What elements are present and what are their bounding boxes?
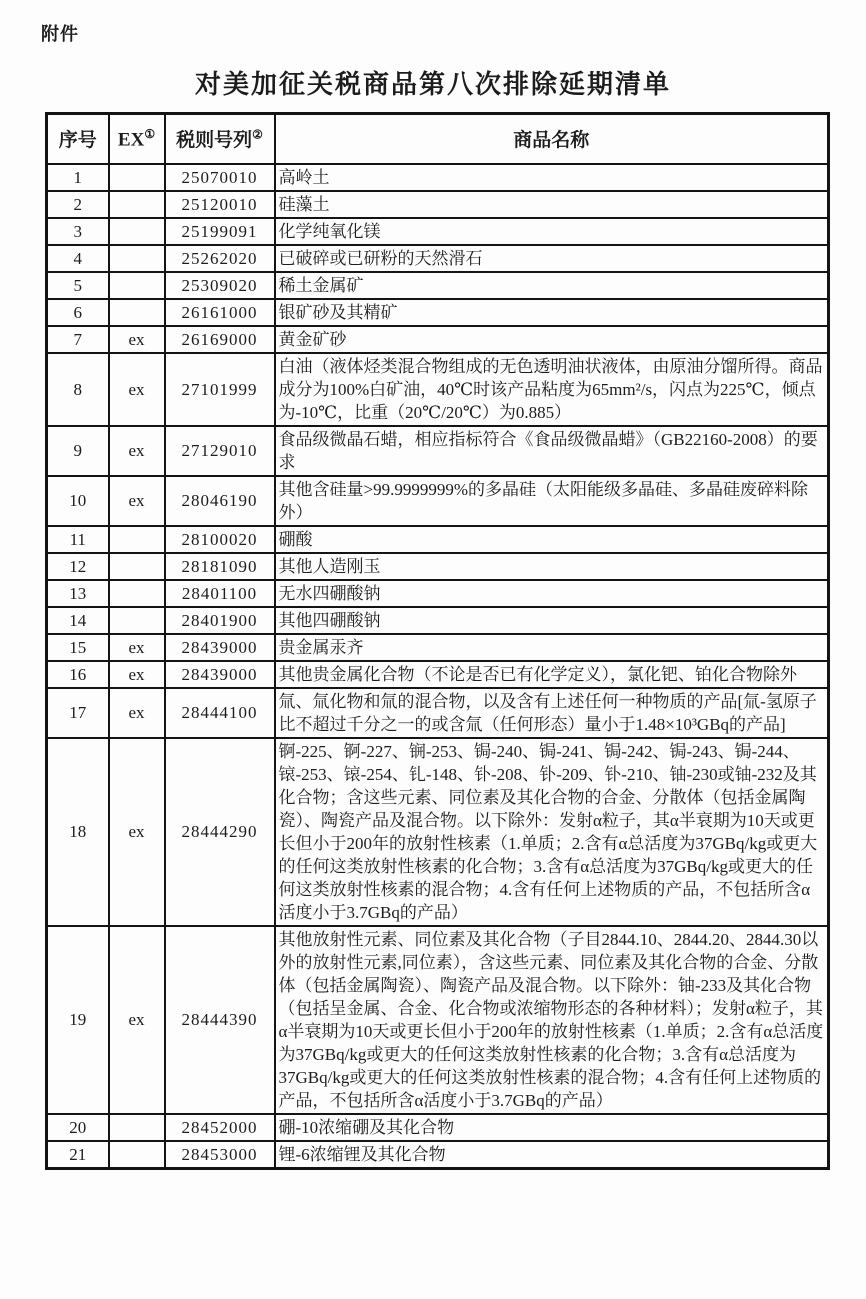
- table-row: 5 25309020 稀土金属矿: [47, 272, 829, 299]
- row-name-cell: 无水四硼酸钠: [275, 580, 829, 607]
- row-index-cell: 10: [47, 476, 109, 526]
- row-name-cell: 硼酸: [275, 526, 829, 553]
- row-name-cell: 黄金矿砂: [275, 326, 829, 353]
- row-index-cell: 7: [47, 326, 109, 353]
- row-code-cell: 28444100: [165, 688, 275, 738]
- row-index-cell: 11: [47, 526, 109, 553]
- row-name-cell: 银矿砂及其精矿: [275, 299, 829, 326]
- attachment-label: 附件: [41, 20, 79, 46]
- row-ex-cell: ex: [109, 353, 165, 426]
- row-ex-cell: [109, 272, 165, 299]
- row-code-cell: 28444390: [165, 926, 275, 1114]
- row-code-cell: 28439000: [165, 661, 275, 688]
- row-index-cell: 17: [47, 688, 109, 738]
- row-code-cell: 27101999: [165, 353, 275, 426]
- row-ex-cell: [109, 526, 165, 553]
- table-row: 2 25120010 硅藻土: [47, 191, 829, 218]
- table-header-row: 序号 EX① 税则号列② 商品名称: [47, 114, 829, 164]
- table-row: 12 28181090 其他人造刚玉: [47, 553, 829, 580]
- row-code-cell: 28453000: [165, 1141, 275, 1169]
- row-ex-cell: [109, 1114, 165, 1141]
- row-index-cell: 9: [47, 426, 109, 476]
- row-ex-cell: [109, 607, 165, 634]
- table-row: 9 ex 27129010 食品级微晶石蜡，相应指标符合《食品级微晶蜡》（GB2…: [47, 426, 829, 476]
- table-row: 4 25262020 已破碎或已研粉的天然滑石: [47, 245, 829, 272]
- table-row: 16 ex 28439000 其他贵金属化合物（不论是否已有化学定义），氯化钯、…: [47, 661, 829, 688]
- table-row: 15 ex 28439000 贵金属汞齐: [47, 634, 829, 661]
- row-ex-cell: [109, 164, 165, 191]
- row-name-cell: 其他人造刚玉: [275, 553, 829, 580]
- row-name-cell: 其他含硅量>99.9999999%的多晶硅（太阳能级多晶硅、多晶硅废碎料除外）: [275, 476, 829, 526]
- row-ex-cell: ex: [109, 926, 165, 1114]
- row-index-cell: 1: [47, 164, 109, 191]
- row-index-cell: 14: [47, 607, 109, 634]
- table-row: 6 26161000 银矿砂及其精矿: [47, 299, 829, 326]
- row-ex-cell: ex: [109, 326, 165, 353]
- row-index-cell: 4: [47, 245, 109, 272]
- row-ex-cell: [109, 1141, 165, 1169]
- row-ex-cell: [109, 218, 165, 245]
- row-index-cell: 16: [47, 661, 109, 688]
- row-code-cell: 25120010: [165, 191, 275, 218]
- column-header-label: 序号: [59, 130, 97, 151]
- row-index-cell: 19: [47, 926, 109, 1114]
- row-code-cell: 25199091: [165, 218, 275, 245]
- row-code-cell: 28452000: [165, 1114, 275, 1141]
- row-name-cell: 其他四硼酸钠: [275, 607, 829, 634]
- row-name-cell: 已破碎或已研粉的天然滑石: [275, 245, 829, 272]
- row-code-cell: 26161000: [165, 299, 275, 326]
- row-ex-cell: ex: [109, 476, 165, 526]
- row-code-cell: 28444290: [165, 738, 275, 926]
- table-row: 3 25199091 化学纯氧化镁: [47, 218, 829, 245]
- column-header-index: 序号: [47, 114, 109, 164]
- row-name-cell: 氚、氚化物和氚的混合物，以及含有上述任何一种物质的产品[氚-氢原子比不超过千分之…: [275, 688, 829, 738]
- column-header-label: 税则号列: [176, 130, 252, 151]
- column-header-label: EX: [118, 129, 144, 150]
- row-index-cell: 13: [47, 580, 109, 607]
- row-code-cell: 25309020: [165, 272, 275, 299]
- column-header-label: 商品名称: [513, 130, 589, 151]
- row-index-cell: 12: [47, 553, 109, 580]
- table-row: 13 28401100 无水四硼酸钠: [47, 580, 829, 607]
- row-index-cell: 6: [47, 299, 109, 326]
- row-name-cell: 锂-6浓缩锂及其化合物: [275, 1141, 829, 1169]
- row-name-cell: 化学纯氧化镁: [275, 218, 829, 245]
- row-ex-cell: [109, 580, 165, 607]
- row-code-cell: 28401900: [165, 607, 275, 634]
- table-row: 11 28100020 硼酸: [47, 526, 829, 553]
- column-header-code: 税则号列②: [165, 114, 275, 164]
- column-header-ex: EX①: [109, 114, 165, 164]
- row-name-cell: 贵金属汞齐: [275, 634, 829, 661]
- row-ex-cell: [109, 553, 165, 580]
- row-code-cell: 28439000: [165, 634, 275, 661]
- row-name-cell: 其他放射性元素、同位素及其化合物（子目2844.10、2844.20、2844.…: [275, 926, 829, 1114]
- row-code-cell: 26169000: [165, 326, 275, 353]
- row-name-cell: 硼-10浓缩硼及其化合物: [275, 1114, 829, 1141]
- row-index-cell: 5: [47, 272, 109, 299]
- table-row: 18 ex 28444290 锕-225、锕-227、锎-253、锔-240、锔…: [47, 738, 829, 926]
- page-title: 对美加征关税商品第八次排除延期清单: [0, 64, 866, 101]
- table-row: 17 ex 28444100 氚、氚化物和氚的混合物，以及含有上述任何一种物质的…: [47, 688, 829, 738]
- table-row: 20 28452000 硼-10浓缩硼及其化合物: [47, 1114, 829, 1141]
- table-row: 14 28401900 其他四硼酸钠: [47, 607, 829, 634]
- row-code-cell: 25262020: [165, 245, 275, 272]
- row-name-cell: 硅藻土: [275, 191, 829, 218]
- row-index-cell: 18: [47, 738, 109, 926]
- row-code-cell: 27129010: [165, 426, 275, 476]
- row-code-cell: 28181090: [165, 553, 275, 580]
- table-row: 10 ex 28046190 其他含硅量>99.9999999%的多晶硅（太阳能…: [47, 476, 829, 526]
- table-row: 19 ex 28444390 其他放射性元素、同位素及其化合物（子目2844.1…: [47, 926, 829, 1114]
- row-ex-cell: ex: [109, 688, 165, 738]
- row-name-cell: 食品级微晶石蜡，相应指标符合《食品级微晶蜡》（GB22160-2008）的要求: [275, 426, 829, 476]
- row-index-cell: 8: [47, 353, 109, 426]
- column-header-sup: ②: [252, 128, 263, 142]
- row-ex-cell: ex: [109, 426, 165, 476]
- row-ex-cell: ex: [109, 738, 165, 926]
- row-name-cell: 高岭土: [275, 164, 829, 191]
- row-index-cell: 2: [47, 191, 109, 218]
- row-code-cell: 25070010: [165, 164, 275, 191]
- table-row: 21 28453000 锂-6浓缩锂及其化合物: [47, 1141, 829, 1169]
- row-name-cell: 其他贵金属化合物（不论是否已有化学定义），氯化钯、铂化合物除外: [275, 661, 829, 688]
- column-header-name: 商品名称: [275, 114, 829, 164]
- row-code-cell: 28100020: [165, 526, 275, 553]
- row-index-cell: 20: [47, 1114, 109, 1141]
- row-index-cell: 15: [47, 634, 109, 661]
- row-ex-cell: [109, 191, 165, 218]
- row-ex-cell: [109, 245, 165, 272]
- column-header-sup: ①: [144, 127, 155, 141]
- row-index-cell: 3: [47, 218, 109, 245]
- row-code-cell: 28401100: [165, 580, 275, 607]
- row-name-cell: 锕-225、锕-227、锎-253、锔-240、锔-241、锔-242、锔-24…: [275, 738, 829, 926]
- table-row: 8 ex 27101999 白油（液体烃类混合物组成的无色透明油状液体，由原油分…: [47, 353, 829, 426]
- tariff-exclusion-table: 序号 EX① 税则号列② 商品名称 1 25070010 高岭土 2 25120…: [45, 112, 830, 1170]
- table-row: 7 ex 26169000 黄金矿砂: [47, 326, 829, 353]
- row-index-cell: 21: [47, 1141, 109, 1169]
- row-name-cell: 白油（液体烃类混合物组成的无色透明油状液体，由原油分馏所得。商品成分为100%白…: [275, 353, 829, 426]
- row-ex-cell: [109, 299, 165, 326]
- row-ex-cell: ex: [109, 661, 165, 688]
- row-code-cell: 28046190: [165, 476, 275, 526]
- row-name-cell: 稀土金属矿: [275, 272, 829, 299]
- document-page: 附件 对美加征关税商品第八次排除延期清单 序号 EX① 税则号列② 商品名称 1…: [0, 0, 866, 1299]
- row-ex-cell: ex: [109, 634, 165, 661]
- table-row: 1 25070010 高岭土: [47, 164, 829, 191]
